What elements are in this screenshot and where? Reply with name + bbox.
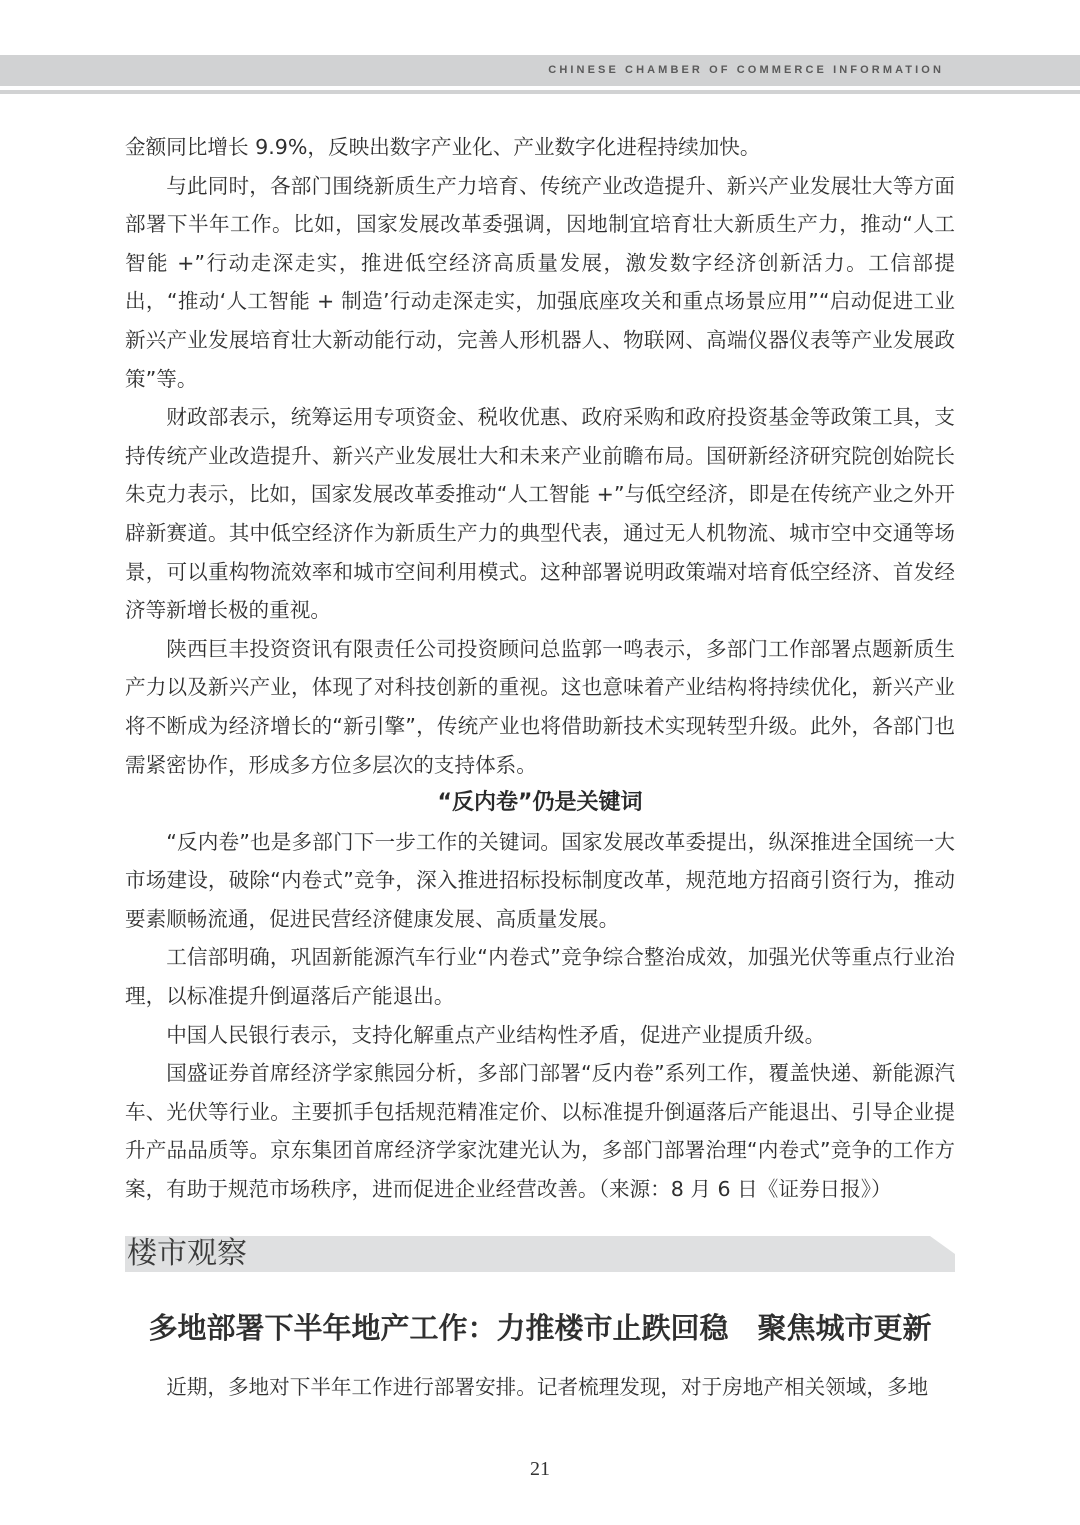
page-number: 21 [0,1458,1080,1481]
paragraph: 近期，多地对下半年工作进行部署安排。记者梳理发现，对于房地产相关领域，多地 [125,1368,955,1407]
article-body: 金额同比增长 9.9%，反映出数字产业化、产业数字化进程持续加快。 与此同时，各… [125,128,955,1209]
paragraph: 国盛证券首席经济学家熊园分析，多部门部署“反内卷”系列工作，覆盖快递、新能源汽车… [125,1054,955,1208]
publication-name: CHINESE CHAMBER OF COMMERCE INFORMATION [548,64,944,76]
running-header-band: CHINESE CHAMBER OF COMMERCE INFORMATION [0,55,1080,86]
header-divider [0,90,1080,94]
paragraph: “反内卷”也是多部门下一步工作的关键词。国家发展改革委提出，纵深推进全国统一大市… [125,823,955,939]
section-banner [125,1236,955,1272]
paragraph: 与此同时，各部门围绕新质生产力培育、传统产业改造提升、新兴产业发展壮大等方面部署… [125,167,955,399]
article-lead: 近期，多地对下半年工作进行部署安排。记者梳理发现，对于房地产相关领域，多地 [125,1368,955,1407]
paragraph: 中国人民银行表示，支持化解重点产业结构性矛盾，促进产业提质升级。 [125,1016,955,1055]
subheading: “反内卷”仍是关键词 [125,784,955,823]
paragraph: 金额同比增长 9.9%，反映出数字产业化、产业数字化进程持续加快。 [125,128,955,167]
paragraph: 陕西巨丰投资资讯有限责任公司投资顾问总监郭一鸣表示，多部门工作部署点题新质生产力… [125,630,955,784]
paragraph: 财政部表示，统筹运用专项资金、税收优惠、政府采购和政府投资基金等政策工具，支持传… [125,398,955,630]
article-title: 多地部署下半年地产工作：力推楼市止跌回稳 聚焦城市更新 [125,1306,955,1350]
section-title: 楼市观察 [127,1234,247,1274]
paragraph: 工信部明确，巩固新能源汽车行业“内卷式”竞争综合整治成效，加强光伏等重点行业治理… [125,938,955,1015]
